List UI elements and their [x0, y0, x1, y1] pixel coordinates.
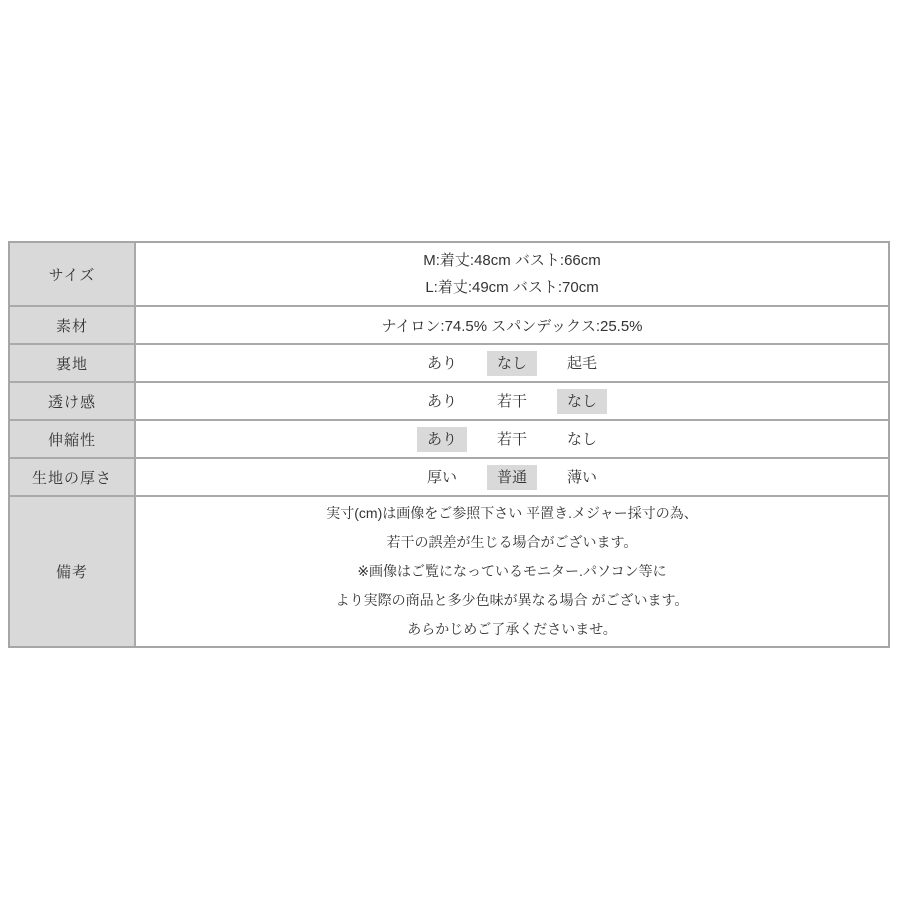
row-label-lining: 裏地: [10, 345, 136, 381]
value-line: 若干の誤差が生じる場合がございます。: [387, 528, 638, 557]
spec-row-notes: 備考実寸(cm)は画像をご参照下さい 平置き.メジャー採寸の為、若干の誤差が生じ…: [10, 497, 888, 646]
row-label-stretch: 伸縮性: [10, 421, 136, 457]
option-item: あり: [417, 389, 467, 414]
option-group-thickness: 厚い普通薄い: [407, 465, 617, 490]
spec-row-thickness: 生地の厚さ厚い普通薄い: [10, 459, 888, 497]
value-line: ※画像はご覧になっているモニター.パソコン等に: [357, 557, 666, 586]
option-item: 薄い: [557, 465, 607, 490]
spec-row-stretch: 伸縮性あり若干なし: [10, 421, 888, 459]
row-value-thickness: 厚い普通薄い: [136, 459, 888, 495]
option-item-selected: なし: [487, 351, 537, 376]
row-value-notes: 実寸(cm)は画像をご参照下さい 平置き.メジャー採寸の為、若干の誤差が生じる場…: [136, 497, 888, 646]
row-value-stretch: あり若干なし: [136, 421, 888, 457]
option-item: あり: [417, 351, 467, 376]
option-item: なし: [557, 427, 607, 452]
row-label-size: サイズ: [10, 243, 136, 305]
row-label-sheerness: 透け感: [10, 383, 136, 419]
row-label-thickness: 生地の厚さ: [10, 459, 136, 495]
option-group-sheerness: あり若干なし: [407, 389, 617, 414]
row-value-sheerness: あり若干なし: [136, 383, 888, 419]
spec-row-lining: 裏地ありなし起毛: [10, 345, 888, 383]
value-line: M:着丈:48cm バスト:66cm: [423, 247, 601, 274]
option-item: 起毛: [557, 351, 607, 376]
product-spec-table: サイズM:着丈:48cm バスト:66cmL:着丈:49cm バスト:70cm素…: [8, 241, 890, 648]
spec-row-sheerness: 透け感あり若干なし: [10, 383, 888, 421]
spec-row-material: 素材ナイロン:74.5% スパンデックス:25.5%: [10, 307, 888, 345]
value-line: ナイロン:74.5% スパンデックス:25.5%: [381, 315, 642, 336]
option-group-lining: ありなし起毛: [407, 351, 617, 376]
value-line: L:着丈:49cm バスト:70cm: [425, 274, 598, 301]
option-item: 若干: [487, 389, 537, 414]
option-item-selected: あり: [417, 427, 467, 452]
option-item-selected: 普通: [487, 465, 537, 490]
row-label-notes: 備考: [10, 497, 136, 646]
option-item-selected: なし: [557, 389, 607, 414]
row-value-lining: ありなし起毛: [136, 345, 888, 381]
row-value-size: M:着丈:48cm バスト:66cmL:着丈:49cm バスト:70cm: [136, 243, 888, 305]
row-label-material: 素材: [10, 307, 136, 343]
page-background: サイズM:着丈:48cm バスト:66cmL:着丈:49cm バスト:70cm素…: [0, 0, 900, 900]
value-line: 実寸(cm)は画像をご参照下さい 平置き.メジャー採寸の為、: [326, 499, 697, 528]
option-group-stretch: あり若干なし: [407, 427, 617, 452]
option-item: 厚い: [417, 465, 467, 490]
option-item: 若干: [487, 427, 537, 452]
value-line: より実際の商品と多少色味が異なる場合 がございます。: [336, 586, 689, 615]
row-value-material: ナイロン:74.5% スパンデックス:25.5%: [136, 307, 888, 343]
spec-row-size: サイズM:着丈:48cm バスト:66cmL:着丈:49cm バスト:70cm: [10, 243, 888, 307]
value-line: あらかじめご了承くださいませ。: [407, 615, 617, 644]
